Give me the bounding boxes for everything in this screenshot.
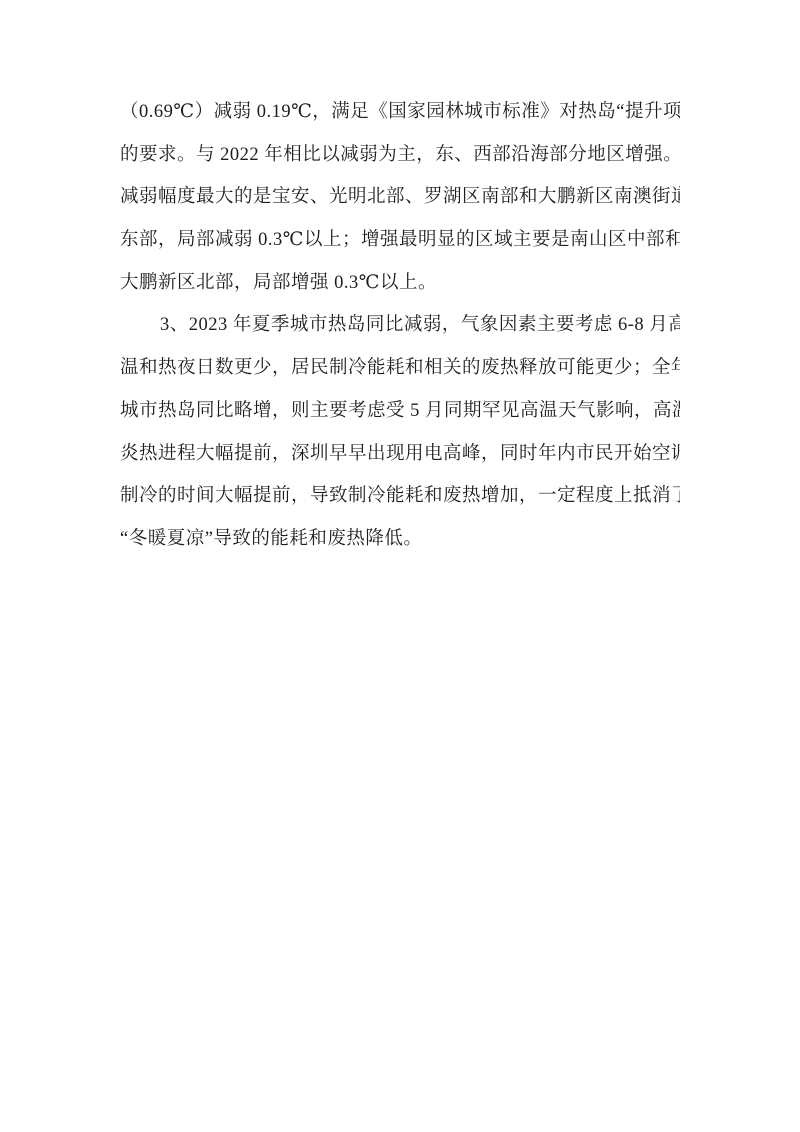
text-line: 城市热岛同比略增，则主要考虑受 5 月同期罕见高温天气影响，高温 <box>120 390 680 433</box>
text-line: （0.69℃）减弱 0.19℃，满足《国家园林城市标准》对热岛“提升项” <box>120 91 680 134</box>
text-line: 制冷的时间大幅提前，导致制冷能耗和废热增加，一定程度上抵消了 <box>120 475 680 518</box>
text-line: 炎热进程大幅提前，深圳早早出现用电高峰，同时年内市民开始空调 <box>120 433 680 476</box>
text-line: “冬暖夏凉”导致的能耗和废热降低。 <box>120 518 680 561</box>
text-line: 温和热夜日数更少，居民制冷能耗和相关的废热释放可能更少；全年 <box>120 347 680 390</box>
text-line: 东部，局部减弱 0.3℃以上；增强最明显的区域主要是南山区中部和 <box>120 219 680 262</box>
text-line: 大鹏新区北部，局部增强 0.3℃以上。 <box>120 262 680 305</box>
text-line: 减弱幅度最大的是宝安、光明北部、罗湖区南部和大鹏新区南澳街道 <box>120 176 680 219</box>
text-line: 的要求。与 2022 年相比以减弱为主，东、西部沿海部分地区增强。 <box>120 134 680 177</box>
text-block: （0.69℃）减弱 0.19℃，满足《国家园林城市标准》对热岛“提升项” 的要求… <box>120 91 680 561</box>
paragraph-2: 3、2023 年夏季城市热岛同比减弱，气象因素主要考虑 6-8 月高 温和热夜日… <box>120 304 680 560</box>
text-line: 3、2023 年夏季城市热岛同比减弱，气象因素主要考虑 6-8 月高 <box>120 304 680 347</box>
document-page: （0.69℃）减弱 0.19℃，满足《国家园林城市标准》对热岛“提升项” 的要求… <box>0 0 800 1132</box>
paragraph-1: （0.69℃）减弱 0.19℃，满足《国家园林城市标准》对热岛“提升项” 的要求… <box>120 91 680 304</box>
